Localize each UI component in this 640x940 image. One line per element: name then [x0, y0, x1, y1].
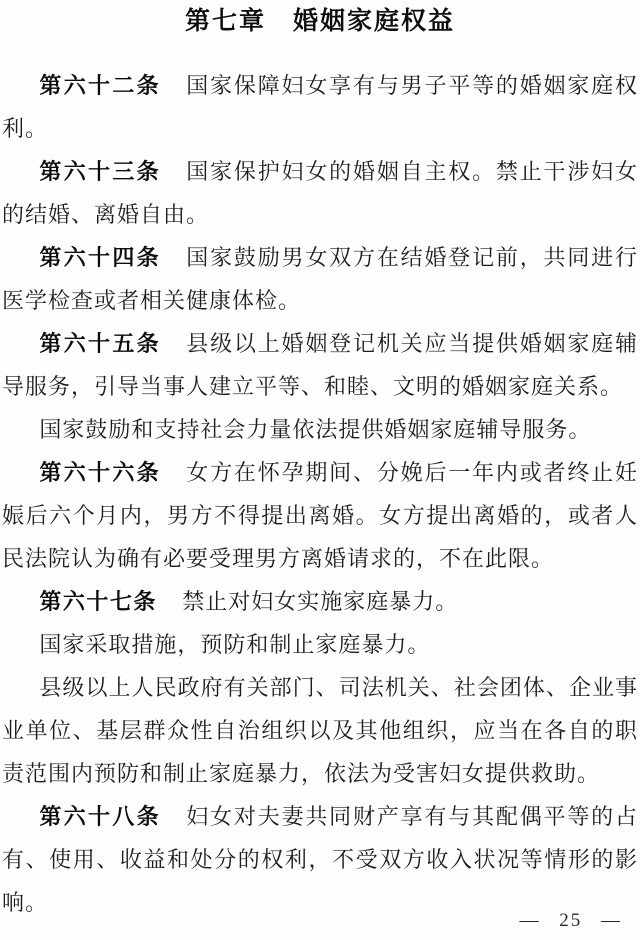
- article-paragraph: 国家鼓励和支持社会力量依法提供婚姻家庭辅导服务。: [2, 408, 638, 451]
- article-number: 第六十八条: [39, 804, 161, 829]
- chapter-title: 第七章 婚姻家庭权益: [2, 6, 638, 36]
- article-paragraph: 第六十三条国家保护妇女的婚姻自主权。禁止干涉妇女的结婚、离婚自由。: [2, 150, 638, 236]
- article-text: 禁止对妇女实施家庭暴力。: [182, 589, 458, 614]
- article-paragraph: 国家采取措施，预防和制止家庭暴力。: [2, 623, 638, 666]
- article-paragraph: 第六十七条禁止对妇女实施家庭暴力。: [2, 580, 638, 623]
- article-text: 国家采取措施，预防和制止家庭暴力。: [39, 632, 430, 657]
- article-paragraph: 第六十五条县级以上婚姻登记机关应当提供婚姻家庭辅导服务，引导当事人建立平等、和睦…: [2, 322, 638, 408]
- article-text: 国家鼓励和支持社会力量依法提供婚姻家庭辅导服务。: [39, 417, 591, 442]
- article-paragraph: 第六十六条女方在怀孕期间、分娩后一年内或者终止妊娠后六个月内，男方不得提出离婚。…: [2, 451, 638, 580]
- document-page: 第七章 婚姻家庭权益 第六十二条国家保障妇女享有与男子平等的婚姻家庭权利。 第六…: [0, 0, 640, 940]
- article-number: 第六十七条: [39, 589, 157, 614]
- article-paragraph: 县级以上人民政府有关部门、司法机关、社会团体、企业事业单位、基层群众性自治组织以…: [2, 666, 638, 795]
- article-paragraph: 第六十八条妇女对夫妻共同财产享有与其配偶平等的占有、使用、收益和处分的权利，不受…: [2, 795, 638, 924]
- article-number: 第六十三条: [39, 159, 161, 184]
- article-number: 第六十二条: [39, 73, 161, 98]
- article-number: 第六十四条: [39, 245, 161, 270]
- article-paragraph: 第六十二条国家保障妇女享有与男子平等的婚姻家庭权利。: [2, 64, 638, 150]
- page-number: — 25 —: [520, 910, 623, 932]
- article-number: 第六十五条: [39, 331, 161, 356]
- article-text: 县级以上人民政府有关部门、司法机关、社会团体、企业事业单位、基层群众性自治组织以…: [2, 675, 638, 786]
- article-number: 第六十六条: [39, 460, 161, 485]
- article-paragraph: 第六十四条国家鼓励男女双方在结婚登记前，共同进行医学检查或者相关健康体检。: [2, 236, 638, 322]
- article-paragraphs: 第六十二条国家保障妇女享有与男子平等的婚姻家庭权利。 第六十三条国家保护妇女的婚…: [2, 64, 638, 924]
